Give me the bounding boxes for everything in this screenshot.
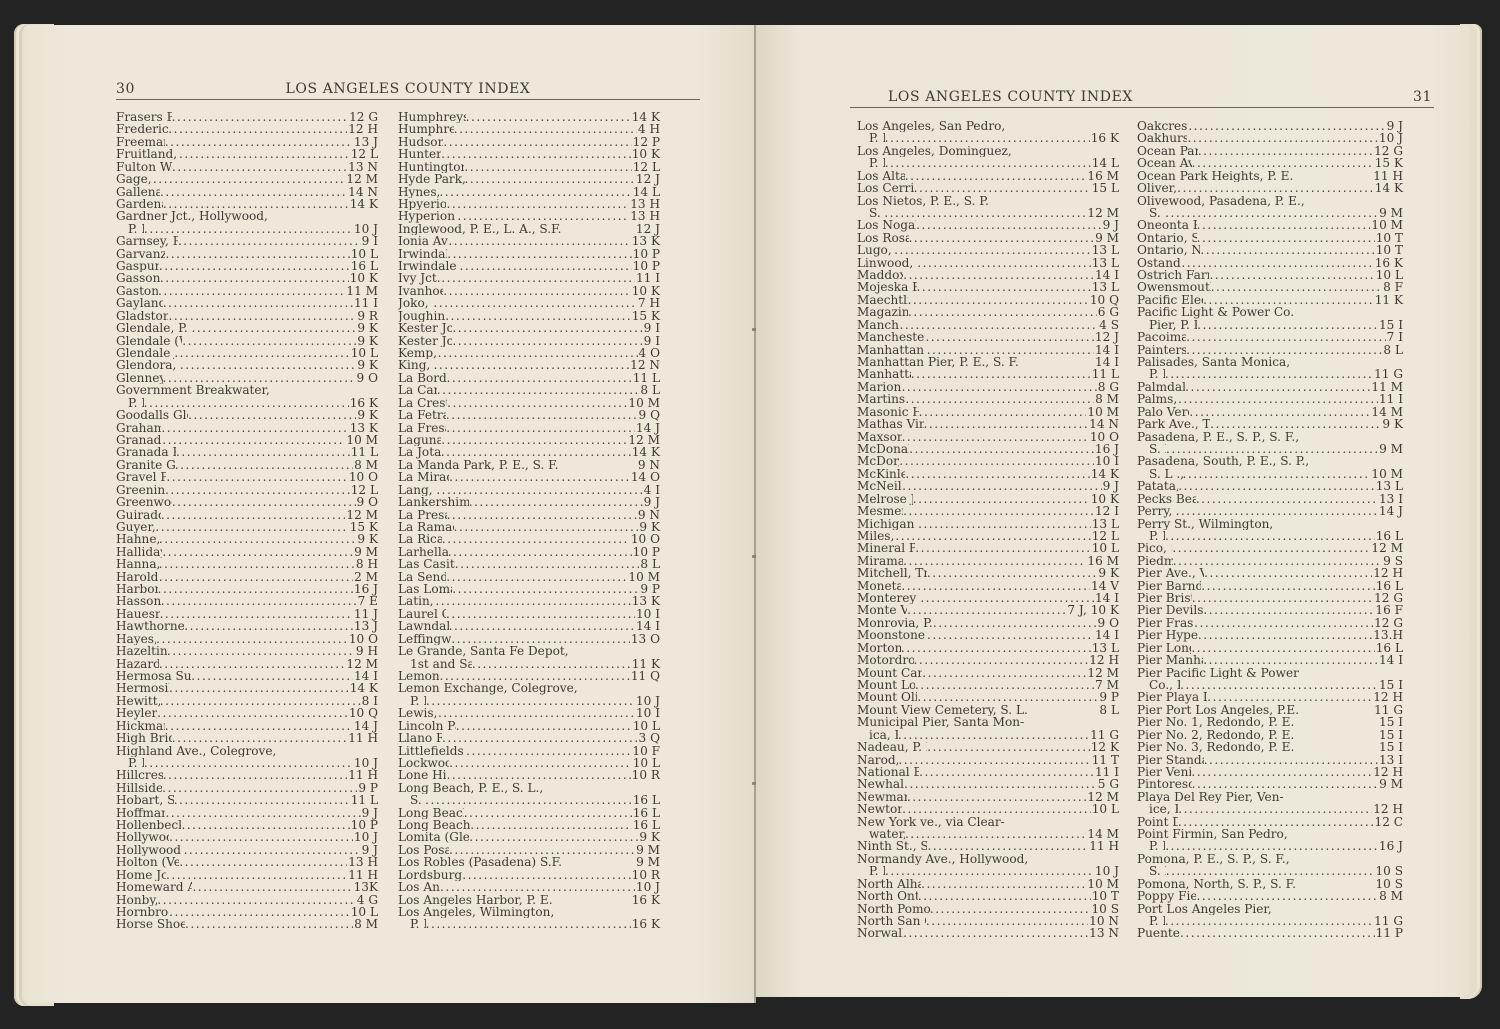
index-entry: McDonald, P. E.16 J	[857, 443, 1119, 455]
index-entry: Long Beach, P. E., S. L.,	[398, 782, 660, 794]
entry-place-name: Mount Campbell, P. E.	[857, 667, 922, 679]
entry-place-name: North Alhambra, S. P.	[857, 878, 921, 890]
dot-leader	[1191, 766, 1372, 778]
index-entry: Oneonta Park, P. E.10 M	[1137, 219, 1403, 231]
dot-leader	[155, 521, 348, 533]
entry-place-name: Fredericks, P. E.	[116, 123, 168, 135]
entry-place-name: Ocean Park, Venice	[1137, 145, 1198, 157]
entry-place-name: Los Nogales, P. E.	[857, 219, 916, 231]
dot-leader	[1187, 132, 1377, 144]
entry-place-name: Irwindale, S. P.	[398, 248, 447, 260]
entry-place-name: Narod, S. L.	[857, 754, 898, 766]
entry-map-reference: 16 J	[1378, 840, 1403, 852]
entry-place-name: North Pomona, S. P., S. F.	[857, 903, 930, 915]
entry-place-name: Hudson, S. L.	[398, 136, 443, 148]
dot-leader	[270, 384, 377, 396]
dot-leader	[599, 856, 636, 868]
dot-leader	[885, 865, 1094, 877]
entry-place-name: Los Angeles Harbor, P. E.	[398, 894, 592, 906]
index-entry: P. E.16 J	[1137, 840, 1403, 852]
index-entry: Ontario, S. P., S. L.10 T	[1137, 232, 1403, 244]
entry-place-name: Ivanhoe, P. E.	[398, 285, 443, 297]
entry-place-name: Manchester Ave., L. A.	[857, 331, 925, 343]
dot-leader	[911, 368, 1091, 380]
dot-leader	[569, 645, 659, 657]
entry-place-name: La Rica, P. E.	[398, 533, 442, 545]
index-entry: La Mirada, S. F.14 O	[398, 471, 660, 483]
dot-leader	[592, 894, 631, 906]
index-entry: Lomita (Glendale), P. E.9 K	[398, 831, 660, 843]
entry-place-name: Pasadena, P. E., S. P., S. F.,	[1137, 431, 1299, 443]
dot-leader	[446, 422, 635, 434]
dot-leader	[902, 431, 1089, 443]
index-entry: Ostrich Farm, P. E., S. L.10 L	[1137, 269, 1403, 281]
entry-place-name: North Ontario, S. F.	[857, 890, 918, 902]
entry-map-reference: 10 T	[1091, 890, 1119, 902]
entry-place-name: Pier Pacific Light & Power	[1137, 667, 1299, 679]
dot-leader	[1309, 455, 1402, 467]
dot-leader	[905, 828, 1086, 840]
dot-leader	[1165, 530, 1375, 542]
index-entry: Gardena, P. E.14 K	[116, 198, 378, 210]
index-entry: Garvanza, P. E.10 L	[116, 248, 378, 260]
entry-place-name: Maxson, P. E.	[857, 431, 902, 443]
entry-place-name: Lemon Exchange, Colegrove,	[398, 682, 578, 694]
entry-place-name: Glendale (West), S. P.	[116, 335, 182, 347]
entry-place-name: P. E.	[1149, 530, 1165, 542]
dot-leader	[898, 729, 1089, 741]
entry-place-name: Humphreys, P. E., S. L.	[398, 111, 466, 123]
index-entry: Miramar, P. E.16 M	[857, 555, 1119, 567]
entry-place-name: Los Cerritos, P. E.	[857, 182, 914, 194]
dot-leader	[1203, 294, 1374, 306]
index-entry: Pier Devils Gate, P. E.16 F	[1137, 604, 1403, 616]
index-entry: Hewitt, S. P.8 I	[116, 695, 378, 707]
dot-leader	[1186, 331, 1386, 343]
dot-leader	[924, 418, 1089, 430]
dot-leader	[903, 555, 1086, 567]
entry-map-reference: 10 O	[348, 471, 378, 483]
dot-leader	[914, 654, 1089, 666]
index-entry: Glendale Jct., S. L.10 L	[116, 347, 378, 359]
index-entry: Moneta, P. E.14 V	[857, 580, 1119, 592]
running-head-right: LOS ANGELES COUNTY INDEX 31	[850, 87, 1434, 108]
entry-map-reference: 14 K	[1374, 182, 1403, 194]
index-entry: Morton, P. E.13 L	[857, 642, 1119, 654]
entry-place-name: La Fresa, P. E.	[398, 422, 446, 434]
dot-leader	[182, 335, 356, 347]
entry-map-reference: 9 M	[1378, 778, 1403, 790]
dot-leader	[456, 720, 632, 732]
dot-leader	[174, 347, 349, 359]
entry-map-reference: 11 I	[353, 297, 378, 309]
entry-place-name: Joko, S. P.	[398, 297, 433, 309]
dot-leader	[469, 496, 643, 508]
entry-map-reference: 15 I	[1378, 741, 1403, 753]
index-entry: Hornbrook, P. E.10 L	[116, 906, 378, 918]
index-entry: Hasson, S. P.7 E	[116, 595, 378, 607]
entry-place-name: Michigan Ave., P. E.	[857, 518, 918, 530]
index-entry: S. F.12 M	[857, 207, 1119, 219]
dot-leader	[1336, 716, 1378, 728]
index-entry: Hollenbeck Ave., P. E.10 P	[116, 819, 378, 831]
entry-place-name: Puente, S. P.	[1137, 927, 1180, 939]
entry-map-reference: 12 C	[1374, 816, 1404, 828]
index-entry: Melrose Jct., P. E.10 K	[857, 493, 1119, 505]
index-entry: P. E.16 K	[116, 397, 378, 409]
entry-place-name: Monrovia, P. E., S. P., S. F.	[857, 617, 933, 629]
dot-leader	[184, 620, 353, 632]
entry-place-name: Lincoln Park, S. L.	[398, 720, 456, 732]
entry-place-name: Goodalls Glendale, S. L.	[116, 409, 188, 421]
entry-place-name: Linwood, P. E., S. P.	[857, 257, 917, 269]
index-entry: Honby, S. P.4 G	[116, 894, 378, 906]
dot-leader	[465, 173, 635, 185]
entry-map-reference: 11 H	[1088, 840, 1119, 852]
entry-map-reference: 13 J	[353, 620, 378, 632]
dot-leader	[144, 223, 353, 235]
dot-leader	[440, 881, 635, 893]
dot-leader	[918, 518, 1091, 530]
dot-leader	[168, 310, 356, 322]
index-entry: Granite Gate, P. E.8 M	[116, 459, 378, 471]
dot-leader	[169, 831, 353, 843]
dot-leader	[452, 583, 639, 595]
entry-place-name: Gage, P. E.	[116, 173, 153, 185]
index-entry: Le Grande, Santa Fe Depot,	[398, 645, 660, 657]
index-entry: Maechtlin, P. E.10 Q	[857, 294, 1119, 306]
index-entry: Pier Long Beach16 L	[1137, 642, 1403, 654]
entry-place-name: Point Firmin, San Pedro,	[1137, 828, 1288, 840]
index-entry: P. E.11 G	[1137, 915, 1403, 927]
dot-leader	[192, 881, 352, 893]
dot-leader	[1197, 319, 1378, 331]
entry-place-name: Holton (Venice), P. E.	[116, 856, 179, 868]
dot-leader	[163, 372, 356, 384]
dot-leader	[927, 629, 1094, 641]
dot-leader	[457, 210, 629, 222]
entry-place-name: Halliday, P. E.	[116, 546, 162, 558]
index-column: Oakcrest, P. E.9 JOakhurst, P. E.10 JOce…	[1137, 120, 1403, 940]
index-entry: Hillside, P. E.9 P	[116, 782, 378, 794]
index-entry: Hyde Park, S. F., L. A.12 J	[398, 173, 660, 185]
entry-map-reference: 9 P	[1098, 691, 1119, 703]
dot-leader	[902, 803, 1091, 815]
dot-leader	[175, 459, 353, 471]
entry-place-name: Glendora, P. E., S. F.	[116, 359, 180, 371]
index-entry: Painters, S. L.8 L	[1137, 344, 1403, 356]
entry-place-name: La Cresta, P. E.	[398, 397, 447, 409]
index-entry: Pier No. 2, Redondo, P. E.15 I	[1137, 729, 1403, 741]
entry-place-name: Ocean Park Heights, P. E.	[1137, 170, 1333, 182]
index-entry: Long Beach Pier, P. E.16 L	[398, 807, 660, 819]
dot-leader	[930, 903, 1091, 915]
index-entry: Gayland, P. E.11 I	[116, 297, 378, 309]
entry-place-name: Pier Frasers, P. E.	[1137, 617, 1194, 629]
dot-leader	[915, 542, 1090, 554]
entry-map-reference: 13 L	[1375, 480, 1403, 492]
index-entry: Frasers Pier, P. E.12 G	[116, 111, 378, 123]
entry-place-name: Hynes, S. L.	[398, 186, 439, 198]
index-entry: Los Angeles, Wilmington,	[398, 906, 660, 918]
entry-place-name: Government Breakwater,	[116, 384, 270, 396]
index-entry: Los Cerritos, P. E.15 L	[857, 182, 1119, 194]
entry-place-name: Larhellan, P. E.	[398, 546, 448, 558]
entry-place-name: Hauesr, P. E.	[116, 608, 160, 620]
entry-map-reference: 13 H	[629, 210, 660, 222]
entry-place-name: Norwalk, S. P.	[857, 927, 903, 939]
index-entry: Kester Jct., P. E.9 I	[398, 322, 660, 334]
dot-leader	[1180, 927, 1375, 939]
entry-place-name: La Fetra, P. E.	[398, 409, 446, 421]
index-entry: Latin, P. E.13 K	[398, 595, 660, 607]
index-entry: Ninth St., Sawtelle, P. E.11 H	[857, 840, 1119, 852]
index-entry: P. E.11 G	[1137, 368, 1403, 380]
dot-leader	[464, 807, 632, 819]
dot-leader	[144, 757, 353, 769]
index-entry: Humphreys, S. P.4 H	[398, 123, 660, 135]
dot-leader	[1165, 915, 1373, 927]
entry-place-name: Masonic Home, P. E.	[857, 406, 919, 418]
entry-map-reference: 10 T	[1375, 244, 1403, 256]
dot-leader	[174, 794, 350, 806]
entry-place-name: Pier, P. E., S. F.	[1149, 319, 1197, 331]
entry-place-name: Magazine, S. P.	[857, 306, 908, 318]
index-column: Humphreys, P. E., S. L.14 KHumphreys, S.…	[398, 111, 660, 931]
index-entry: Patata, S. P.13 L	[1137, 480, 1403, 492]
index-entry: S. L .,S. F.10 M	[1137, 468, 1403, 480]
entry-place-name: Los Robles (Pasadena) S.F.	[398, 856, 599, 868]
entry-place-name: La Sendo, P. E.	[398, 571, 446, 583]
entry-map-reference: 13 K	[631, 235, 660, 247]
entry-map-reference: 15 L	[1091, 182, 1119, 194]
entry-place-name: Pier Barndollar, P. E.	[1137, 580, 1201, 592]
index-entry: Hollywood, P. E.10 J	[116, 831, 378, 843]
entry-map-reference: 10 L	[1091, 542, 1119, 554]
entry-place-name: Lugo, P. E.	[857, 244, 894, 256]
entry-place-name: Pecks Beach, P. E.	[1137, 493, 1196, 505]
entry-map-reference: 16 F	[1374, 604, 1403, 616]
dot-leader	[907, 791, 1087, 803]
entry-map-reference: 13K	[353, 881, 378, 893]
index-entry: Pier Frasers, P. E.12 G	[1137, 617, 1403, 629]
entry-map-reference: 9 K	[356, 359, 378, 371]
dot-leader	[426, 918, 631, 930]
entry-place-name: Hollywood, P. E.	[116, 831, 169, 843]
entry-map-reference: 11 G	[1373, 368, 1403, 380]
dot-leader	[446, 608, 635, 620]
index-entry: North Alhambra, S. P.10 M	[857, 878, 1119, 890]
dot-leader	[927, 344, 1094, 356]
dot-leader	[165, 720, 353, 732]
entry-place-name: Fruitland, P. E., S. L.	[116, 148, 179, 160]
index-entry: Ivanhoe, P. E.10 K	[398, 285, 660, 297]
entry-map-reference: 10 I	[1094, 455, 1119, 467]
dot-leader	[1178, 393, 1378, 405]
entry-map-reference: 11 K	[1374, 294, 1403, 306]
index-entry: P. E.10 J	[116, 757, 378, 769]
index-entry: Point Firmin, San Pedro,	[1137, 828, 1403, 840]
entry-place-name: Pico, S. L.	[1137, 542, 1172, 554]
entry-place-name: P. E.	[869, 865, 885, 877]
entry-map-reference: 14 J	[1378, 505, 1403, 517]
entry-place-name: Port Los Angeles Pier,	[1137, 903, 1272, 915]
entry-place-name: Mount View Cemetery, S. L.	[857, 704, 1063, 716]
entry-place-name: Guirado, P. E.	[116, 509, 161, 521]
index-entry: Pier No. 3, Redondo, P. E.15 I	[1137, 741, 1403, 753]
index-entry: Manchester Ave., L. A.12 J	[857, 331, 1119, 343]
entry-place-name: Mitchell, Tropico, S. L.	[857, 567, 927, 579]
entry-place-name: Lang, S. P.	[398, 484, 436, 496]
index-entry: Pier, P. E., S. F.15 I	[1137, 319, 1403, 331]
index-entry: Ocean Ave., P. E.15 K	[1137, 157, 1403, 169]
dot-leader	[447, 372, 632, 384]
index-entry: Hazeltine, P. E.9 H	[116, 645, 378, 657]
index-entry: Lone Hill, P. E.10 R	[398, 769, 660, 781]
index-entry: Gaston, P. E.11 M	[116, 285, 378, 297]
dot-leader	[909, 232, 1095, 244]
index-entry: Piedmont9 S	[1137, 555, 1403, 567]
dot-leader	[460, 260, 632, 272]
entry-place-name: Garnsey, P. E., S .P.	[116, 235, 178, 247]
index-entry: Freeman, P. E.13 J	[116, 136, 378, 148]
dot-leader	[916, 219, 1101, 231]
entry-place-name: Motordrome, P. E.	[857, 654, 914, 666]
entry-place-name: 1st and Santa Fe Ave.	[410, 658, 472, 670]
index-entry: Mount Olivet, P. E.9 P	[857, 691, 1119, 703]
index-entry: Mount Campbell, P. E.12 M	[857, 667, 1119, 679]
index-entry: Pasadena, P. E., S. P., S. F.,	[1137, 431, 1403, 443]
dot-leader	[1191, 642, 1374, 654]
entry-place-name: Lordsburg, S. P., S. F.	[398, 869, 462, 881]
index-entry: Linwood, P. E., S. P.13 L	[857, 257, 1119, 269]
index-entry: Lincoln Park, S. L.10 L	[398, 720, 660, 732]
index-entry: Pomona, North, S. P., S. F.10 S	[1137, 878, 1403, 890]
entry-place-name: Long Beach, P. E., S. L.,	[398, 782, 543, 794]
entry-place-name: High Bridge, P. E.	[116, 732, 172, 744]
index-entry: Michigan Ave., P. E.13 L	[857, 518, 1119, 530]
entry-map-reference: 9 J	[643, 496, 660, 508]
entry-map-reference: 14 K	[349, 682, 378, 694]
index-entry: Las Casitas, S. L.8 L	[398, 558, 660, 570]
dot-leader	[435, 595, 630, 607]
entry-place-name: Pier Hyperion, P. E.	[1137, 629, 1198, 641]
entry-place-name: Garvanza, P. E.	[116, 248, 165, 260]
dot-leader	[1294, 306, 1402, 318]
entry-place-name: Long Beach Pier, P. E.	[398, 807, 464, 819]
index-entry: Park Ave., Tropico, P. E.9 K	[1137, 418, 1403, 430]
entry-place-name: P. E.	[1149, 368, 1165, 380]
index-entry: Hayes, P. E.10 O	[116, 633, 378, 645]
dot-leader	[159, 658, 346, 670]
dot-leader	[1201, 580, 1375, 592]
entry-place-name: P. E.	[128, 397, 144, 409]
dot-leader	[449, 620, 635, 632]
dot-leader	[172, 496, 356, 508]
dot-leader	[1196, 493, 1378, 505]
entry-place-name: Heyler, P. E.	[116, 707, 157, 719]
index-entry: Oakcrest, P. E.9 J	[1137, 120, 1403, 132]
index-entry: La Presa, P. E.9 N	[398, 509, 660, 521]
dot-leader	[161, 509, 346, 521]
entry-map-reference: 10 L	[1091, 803, 1119, 815]
entry-map-reference: 14 K	[631, 446, 660, 458]
index-entry: Glenney, P. E.9 O	[116, 372, 378, 384]
dot-leader	[445, 310, 631, 322]
dot-leader	[1207, 691, 1372, 703]
dot-leader	[1063, 704, 1098, 716]
entry-map-reference: 15 K	[1374, 157, 1403, 169]
entry-place-name: Palo Verde, P. E.	[1137, 406, 1189, 418]
index-entry: Long Beach Harbor, P. E.16 L	[398, 819, 660, 831]
index-entry: Lemon Exchange, Colegrove,	[398, 682, 660, 694]
entry-map-reference: 7 J, 10 K	[1066, 604, 1119, 616]
entry-place-name: La Mirada, S. F.	[398, 471, 449, 483]
dot-leader	[446, 409, 638, 421]
index-entry: Mitchell, Tropico, S. L.9 K	[857, 567, 1119, 579]
entry-place-name: Pomona, North, S. P., S. F.	[1137, 878, 1335, 890]
index-entry: Maddox, P. E.14 I	[857, 269, 1119, 281]
entry-place-name: Gaspur, P. E.	[116, 260, 159, 272]
entry-place-name: Mount Olivet, P. E.	[857, 691, 917, 703]
entry-place-name: Le Grande, Santa Fe Depot,	[398, 645, 569, 657]
entry-map-reference: 10 I	[635, 707, 660, 719]
entry-place-name: Los Altas, P. E.	[857, 170, 905, 182]
dot-leader	[449, 757, 632, 769]
entry-map-reference: 12 J	[635, 173, 660, 185]
entry-place-name: Laguna, P. E.	[398, 434, 441, 446]
entry-place-name: Gardena, P. E.	[116, 198, 163, 210]
index-entry: Lankershim, P. E., S. P.9 J	[398, 496, 660, 508]
entry-place-name: Moneta, P. E.	[857, 580, 901, 592]
entry-place-name: Latin, P. E.	[398, 595, 435, 607]
dot-leader	[166, 869, 347, 881]
dot-leader	[917, 691, 1098, 703]
dot-leader	[464, 161, 631, 173]
entry-place-name: Graham, P. E.	[116, 422, 161, 434]
entry-place-name: Gasson, S. L.	[116, 272, 160, 284]
dot-leader	[927, 567, 1098, 579]
entry-place-name: Pier No. 3, Redondo, P. E.	[1137, 741, 1336, 753]
dot-leader	[181, 819, 349, 831]
index-entry: Pomona, P. E., S. P., S. F.,	[1137, 853, 1403, 865]
dot-leader	[439, 670, 629, 682]
dot-leader	[919, 406, 1087, 418]
entry-map-reference: 10 J	[1378, 132, 1403, 144]
index-entry: Pacific Electric Depot11 K	[1137, 294, 1403, 306]
entry-place-name: Ostand, S. L.	[1137, 257, 1181, 269]
entry-place-name: Gallena, P. E.	[116, 186, 160, 198]
index-entry: Hunter, S. L.10 K	[398, 148, 660, 160]
entry-place-name: Pier Venice, P. E.	[1137, 766, 1191, 778]
dot-leader	[1188, 120, 1385, 132]
dot-leader	[1209, 269, 1374, 281]
entry-map-reference: 10 R	[631, 769, 660, 781]
entry-place-name: Pasadena, South, P. E., S. P.,	[1137, 455, 1309, 467]
index-entry: Palisades, Santa Monica,	[1137, 356, 1403, 368]
entry-map-reference: 16 K	[1090, 132, 1119, 144]
entry-place-name: Pomona, P. E., S. P., S. F.,	[1137, 853, 1290, 865]
entry-place-name: Palisades, Santa Monica,	[1137, 356, 1290, 368]
entry-place-name: McDor, P. E.	[857, 455, 899, 467]
entry-map-reference	[377, 384, 378, 396]
index-entry: Pier Hyperion, P. E.13.H	[1137, 629, 1403, 641]
dot-leader	[921, 878, 1086, 890]
entry-place-name: Granite Gate, P. E.	[116, 459, 175, 471]
index-entry: Miles, P. E.12 L	[857, 530, 1119, 542]
index-entry: Olivewood, Pasadena, P. E.,	[1137, 195, 1403, 207]
dot-leader	[1189, 406, 1370, 418]
